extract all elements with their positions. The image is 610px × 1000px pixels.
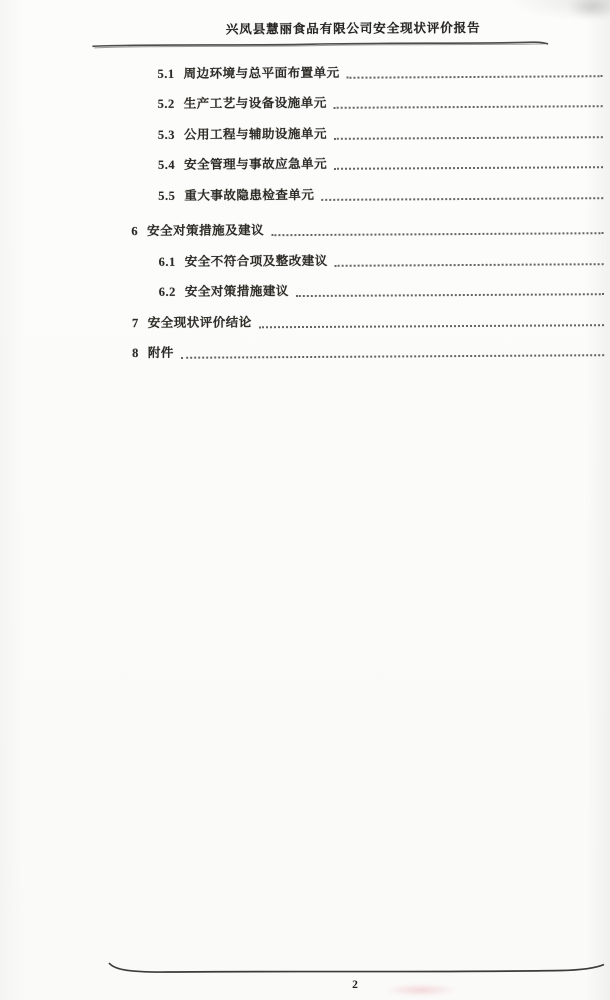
toc-entry: 6 安全对策措施及建议 xyxy=(113,212,603,245)
toc-entry-label: 安全现状评价结论 xyxy=(148,312,252,331)
toc-entry-label: 生产工艺与设备设施单元 xyxy=(184,93,327,112)
toc-entry-label: 附件 xyxy=(148,343,174,361)
toc-entry: 5.5 重大事故隐患检查单元 xyxy=(113,176,603,209)
toc-entry-label: 周边环境与总平面布置单元 xyxy=(184,62,340,81)
toc-entry-label: 安全不符合项及整改建议 xyxy=(185,250,328,269)
toc-entry: 5.2 生产工艺与设备设施单元 xyxy=(113,85,603,118)
toc-entry-number: 5.3 xyxy=(158,127,175,142)
toc-entry-number: 6.2 xyxy=(159,285,176,300)
toc-entry-label: 安全对策措施建议 xyxy=(185,281,289,300)
toc-entry: 6.1 安全不符合项及整改建议 xyxy=(113,242,603,275)
header-title: 兴凤县慧丽食品有限公司安全现状评价报告 xyxy=(0,17,610,39)
toc-dot-leader xyxy=(181,354,604,359)
toc-entry-number: 8 xyxy=(132,346,139,361)
footer-rule xyxy=(106,960,606,978)
toc-dot-leader xyxy=(334,136,603,140)
toc-dot-leader xyxy=(347,75,603,79)
toc-entry-label: 重大事故隐患检查单元 xyxy=(184,184,314,203)
toc-entry-number: 5.1 xyxy=(157,66,174,81)
toc-dot-leader xyxy=(296,293,604,297)
toc-dot-leader xyxy=(334,166,603,170)
toc-entry: 5.3 公用工程与辅助设施单元 xyxy=(113,115,603,148)
document-page: 兴凤县慧丽食品有限公司安全现状评价报告 5.1 周边环境与总平面布置单元 5.2… xyxy=(0,0,610,1000)
toc-entry-number: 5.2 xyxy=(158,97,175,112)
toc-list: 5.1 周边环境与总平面布置单元 5.2 生产工艺与设备设施单元 5.3 公用工… xyxy=(112,54,604,367)
toc-entry-number: 5.4 xyxy=(158,158,175,173)
toc-dot-leader xyxy=(335,263,604,267)
page-content: 兴凤县慧丽食品有限公司安全现状评价报告 5.1 周边环境与总平面布置单元 5.2… xyxy=(0,0,610,39)
scan-smudge-pink xyxy=(385,985,457,995)
toc-entry-label: 公用工程与辅助设施单元 xyxy=(184,123,327,142)
toc-dot-leader xyxy=(271,232,603,236)
toc-entry: 8 附件 xyxy=(114,334,604,367)
toc-entry-number: 7 xyxy=(132,316,139,331)
toc-entry: 7 安全现状评价结论 xyxy=(114,303,604,336)
toc-entry-number: 5.5 xyxy=(158,188,175,203)
toc-entry-label: 安全对策措施及建议 xyxy=(147,220,264,239)
toc-entry: 5.4 安全管理与事故应急单元 xyxy=(113,146,603,179)
toc-entry: 5.1 周边环境与总平面布置单元 xyxy=(112,54,602,87)
toc-dot-leader xyxy=(321,197,603,201)
toc-entry-number: 6 xyxy=(131,224,138,239)
toc-entry-number: 6.1 xyxy=(159,254,176,269)
scan-smudge-gray xyxy=(568,0,610,18)
toc-dot-leader xyxy=(259,324,604,328)
header-rule xyxy=(92,38,548,51)
toc-dot-leader xyxy=(334,105,603,109)
toc-entry: 6.2 安全对策措施建议 xyxy=(114,273,604,306)
toc-entry-label: 安全管理与事故应急单元 xyxy=(184,154,327,173)
page-number: 2 xyxy=(110,979,600,991)
